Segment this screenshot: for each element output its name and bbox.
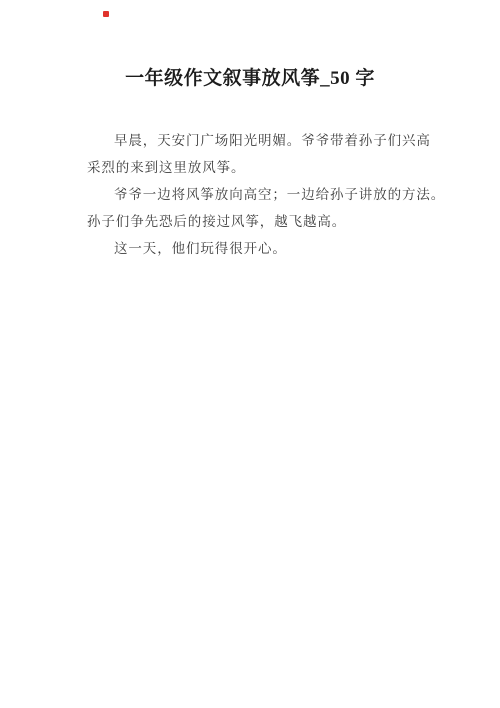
paragraph-2: 爷爷一边将风筝放向高空；一边给孙子讲放的方法。 孙子们争先恐后的接过风筝，越飞越… bbox=[87, 181, 477, 235]
paragraph-3: 这一天，他们玩得很开心。 bbox=[87, 235, 477, 262]
text-line: 早晨，天安门广场阳光明媚。爷爷带着孙子们兴高 bbox=[87, 127, 477, 154]
page-title: 一年级作文叙事放风筝_50 字 bbox=[0, 63, 500, 90]
essay-body: 早晨，天安门广场阳光明媚。爷爷带着孙子们兴高 采烈的来到这里放风筝。 爷爷一边将… bbox=[87, 127, 477, 262]
text-line: 这一天，他们玩得很开心。 bbox=[87, 235, 477, 262]
red-dot-icon bbox=[103, 11, 109, 17]
text-line: 爷爷一边将风筝放向高空；一边给孙子讲放的方法。 bbox=[87, 181, 477, 208]
document-page: 一年级作文叙事放风筝_50 字 早晨，天安门广场阳光明媚。爷爷带着孙子们兴高 采… bbox=[0, 0, 500, 708]
paragraph-1: 早晨，天安门广场阳光明媚。爷爷带着孙子们兴高 采烈的来到这里放风筝。 bbox=[87, 127, 477, 181]
text-line: 孙子们争先恐后的接过风筝，越飞越高。 bbox=[87, 208, 477, 235]
text-line: 采烈的来到这里放风筝。 bbox=[87, 154, 477, 181]
